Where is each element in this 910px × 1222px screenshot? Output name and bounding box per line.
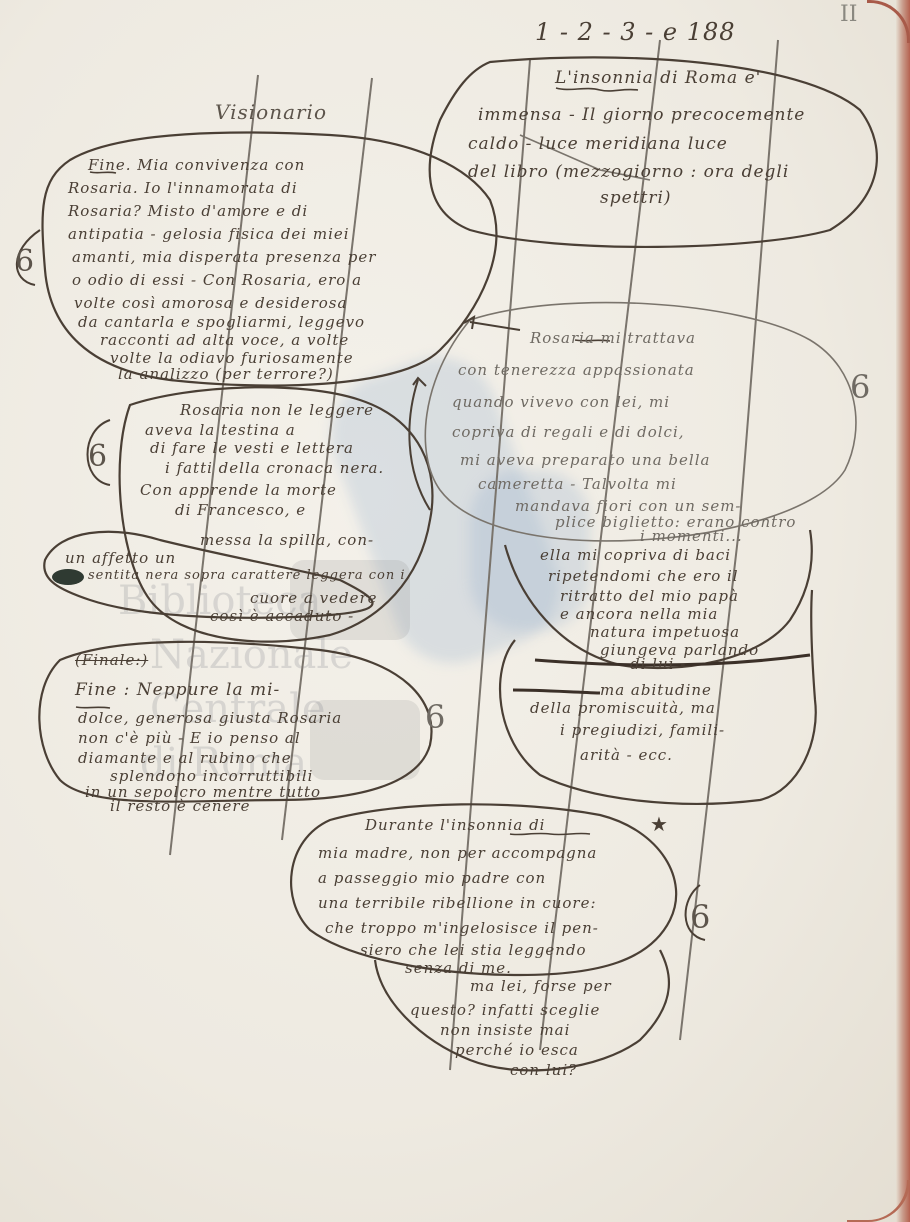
note-line: mi aveva preparato una bella bbox=[460, 450, 710, 470]
note-line: Fine : Neppure la mi- bbox=[75, 678, 280, 702]
note-line: i pregiudizi, famili- bbox=[560, 720, 725, 740]
note-line: messa la spilla, con- bbox=[200, 530, 374, 550]
note-line: sentita nera sopra carattere leggera con… bbox=[88, 566, 406, 586]
crossed-heading: (Finale:) bbox=[75, 650, 148, 670]
note-line: con lui? bbox=[510, 1060, 577, 1080]
note-line: non insiste mai bbox=[440, 1020, 570, 1040]
note-line: Rosaria. Io l'innamorata di bbox=[68, 178, 298, 198]
note-line: o odio di essi - Con Rosaria, ero a bbox=[72, 270, 362, 290]
note-line: antipatia - gelosia fisica dei miei bbox=[68, 224, 350, 244]
note-line: ella mi copriva di baci bbox=[540, 545, 731, 565]
page-edge bbox=[896, 0, 910, 1222]
note-line: Rosaria? Misto d'amore e di bbox=[68, 201, 308, 221]
note-line: la analizzo (per terrore?) bbox=[118, 364, 334, 384]
note-line: che troppo m'ingelosisce il pen- bbox=[325, 918, 599, 938]
manuscript-page: Biblioteca Nazionale Centrale di Roma bbox=[0, 0, 910, 1222]
margin-six: 6 bbox=[15, 250, 35, 274]
note-line: siero che lei stia leggendo bbox=[360, 940, 587, 960]
note-line: Fine. Mia convivenza con bbox=[88, 155, 305, 175]
note-line: mia madre, non per accompagna bbox=[318, 843, 597, 863]
margin-six: 6 bbox=[88, 445, 108, 469]
note-line: cuore a vedere bbox=[250, 588, 378, 608]
note-line: cameretta - Talvolta mi bbox=[478, 474, 677, 494]
note-line: i fatti della cronaca nera. bbox=[165, 458, 384, 478]
note-line: non c'è più - E io penso al bbox=[78, 728, 301, 748]
note-line: i momenti... bbox=[640, 526, 743, 546]
note-line: Con apprende la morte bbox=[140, 480, 337, 500]
note-line: spettri) bbox=[600, 186, 672, 210]
note-line: una terribile ribellione in cuore: bbox=[318, 893, 597, 913]
note-line: Rosaria mi trattava bbox=[530, 328, 696, 348]
note-line: con tenerezza appassionata bbox=[458, 360, 695, 380]
note-line: Durante l'insonnia di bbox=[365, 815, 545, 835]
note-line: di fare le vesti e lettera bbox=[150, 438, 354, 458]
note-line: natura impetuosa bbox=[590, 622, 740, 642]
note-line: amanti, mia disperata presenza per bbox=[72, 247, 376, 267]
note-line: questo? infatti sceglie bbox=[410, 1000, 600, 1020]
note-line: di Francesco, e bbox=[175, 500, 306, 520]
note-line: senza di me. bbox=[405, 958, 512, 978]
note-line: volte così amorosa e desiderosa bbox=[74, 293, 347, 313]
note-line: caldo - luce meridiana luce bbox=[468, 132, 728, 156]
note-line: aveva la testina a bbox=[145, 420, 296, 440]
margin-six: 6 bbox=[690, 905, 711, 929]
star-mark: ★ bbox=[650, 812, 669, 836]
note-line: ma abitudine bbox=[600, 680, 712, 700]
note-line: da cantarla e spogliarmi, leggevo bbox=[78, 312, 365, 332]
page-number: II bbox=[840, 2, 857, 27]
note-line: perché io esca bbox=[455, 1040, 579, 1060]
note-line: di lui - bbox=[630, 654, 686, 674]
note-line: a passeggio mio padre con bbox=[318, 868, 546, 888]
note-heading: Visionario bbox=[215, 100, 327, 124]
note-line: ripetendomi che ero il bbox=[548, 566, 739, 586]
note-line: arità - ecc. bbox=[580, 745, 673, 765]
note-line: ma lei, forse per bbox=[470, 976, 612, 996]
note-line: e ancora nella mia bbox=[560, 604, 718, 624]
note-line: dolce, generosa giusta Rosaria bbox=[78, 708, 342, 728]
note-line: diamante e al rubino che bbox=[78, 748, 292, 768]
note-line: ritratto del mio papà bbox=[560, 586, 739, 606]
margin-six: 6 bbox=[425, 705, 446, 729]
note-line: Rosaria non le leggere bbox=[180, 400, 374, 420]
note-line: copriva di regali e di dolci, bbox=[452, 422, 685, 442]
note-line: il resto è cenere bbox=[110, 796, 250, 816]
note-line: un affetto un bbox=[65, 548, 176, 568]
note-line: racconti ad alta voce, a volte bbox=[100, 330, 349, 350]
note-line: L'insonnia di Roma e' bbox=[555, 66, 761, 90]
note-line: del libro (mezzogiorno : ora degli bbox=[468, 160, 789, 184]
margin-six: 6 bbox=[850, 375, 871, 399]
note-line: così è accaduto - bbox=[210, 606, 354, 626]
note-line: quando vivevo con lei, mi bbox=[452, 392, 670, 412]
header-sequence: 1 - 2 - 3 - e 188 bbox=[535, 20, 736, 44]
note-line: della promiscuità, ma bbox=[530, 698, 716, 718]
note-line: immensa - Il giorno precocemente bbox=[478, 103, 805, 127]
